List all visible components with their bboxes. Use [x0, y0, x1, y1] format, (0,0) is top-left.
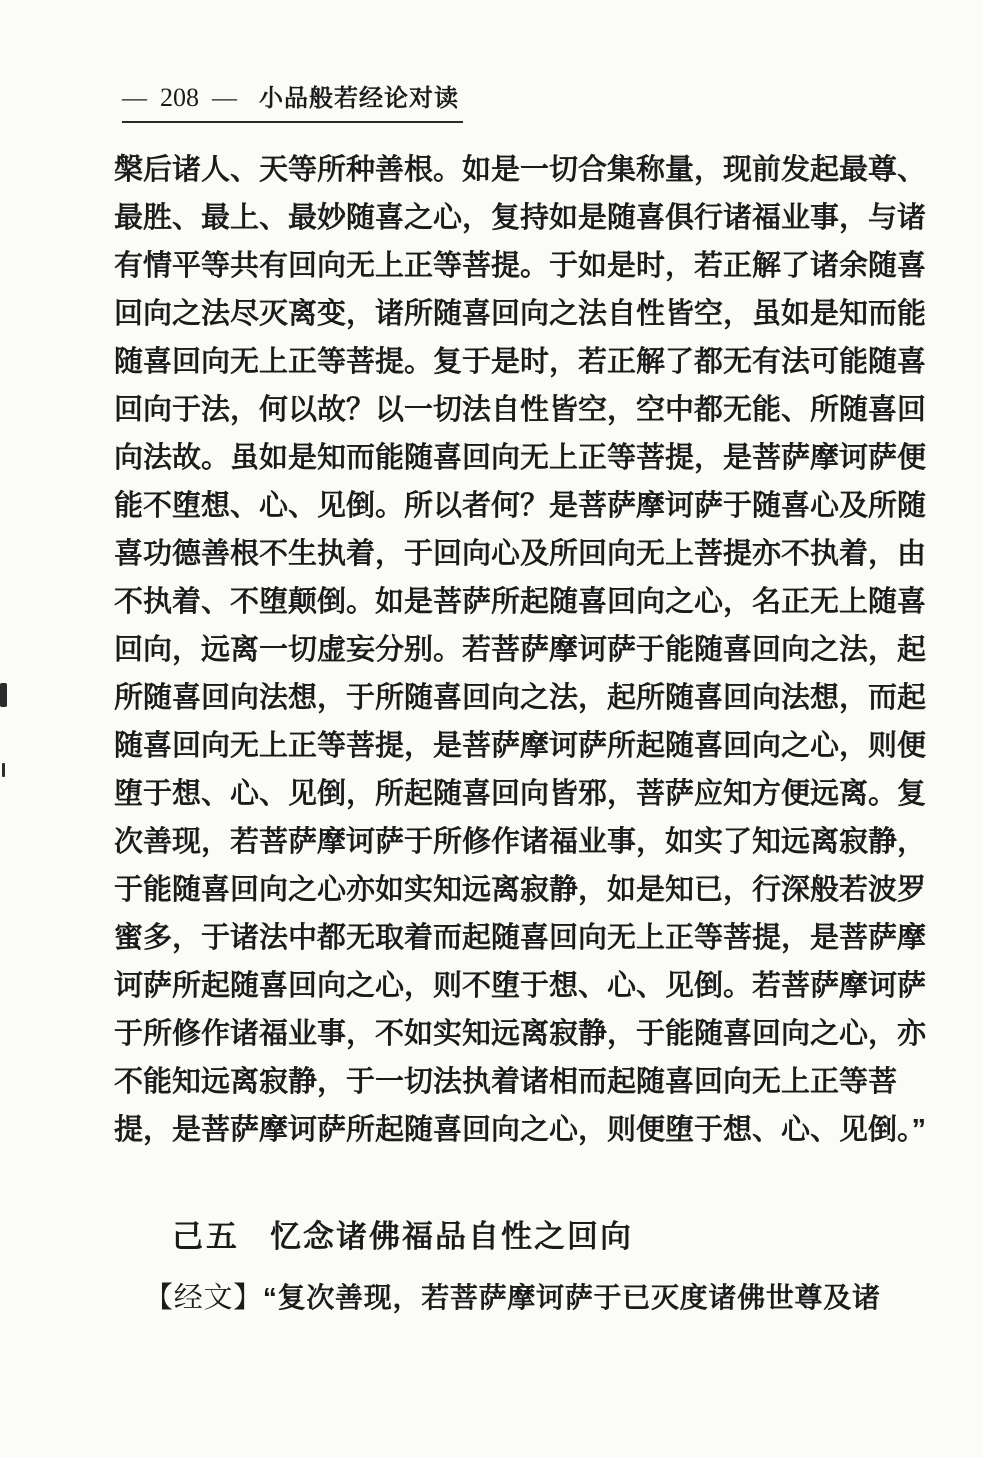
sutra-label: 【经文】	[144, 1282, 263, 1314]
body-line: 有情平等共有回向无上正等菩提。于如是时，若正解了诸余随喜	[114, 242, 882, 290]
page-number: 208	[160, 83, 199, 112]
body-line: 诃萨所起随喜回向之心，则不堕于想、心、见倒。若菩萨摩诃萨	[114, 962, 882, 1010]
book-title: 小品般若经论对读	[259, 86, 459, 112]
body-line: 于所修作诸福业事，不如实知远离寂静，于能随喜回向之心，亦	[114, 1010, 882, 1058]
body-line: 能不堕想、心、见倒。所以者何？是菩萨摩诃萨于随喜心及所随	[114, 482, 882, 530]
body-line: 提，是菩萨摩诃萨所起随喜回向之心，则便堕于想、心、见倒。”	[114, 1106, 882, 1154]
body-line: 所随喜回向法想，于所随喜回向之法，起所随喜回向法想，而起	[114, 674, 882, 722]
scan-artifact	[2, 763, 5, 777]
body-line: 随喜回向无上正等菩提，是菩萨摩诃萨所起随喜回向之心，则便	[114, 722, 882, 770]
body-line: 随喜回向无上正等菩提。复于是时，若正解了都无有法可能随喜	[114, 338, 882, 386]
body-line: 回向之法尽灭离变，诸所随喜回向之法自性皆空，虽如是知而能	[114, 290, 882, 338]
body-line: 向法故。虽如是知而能随喜回向无上正等菩提，是菩萨摩诃萨便	[114, 434, 882, 482]
body-line: 不执着、不堕颠倒。如是菩萨所起随喜回向之心，名正无上随喜	[114, 578, 882, 626]
section-heading: 己五忆念诸佛福品自性之回向	[172, 1216, 633, 1258]
scan-artifact	[0, 683, 7, 707]
body-line: 次善现，若菩萨摩诃萨于所修作诸福业事，如实了知远离寂静，	[114, 818, 882, 866]
body-line: 不能知远离寂静，于一切法执着诸相而起随喜回向无上正等菩	[114, 1058, 882, 1106]
section-number: 己五	[172, 1219, 240, 1254]
book-page: —208—小品般若经论对读 槃后诸人、天等所种善根。如是一切合集称量，现前发起最…	[0, 0, 982, 1458]
header-dash-right: —	[212, 85, 237, 112]
section-title: 忆念诸佛福品自性之回向	[270, 1219, 633, 1254]
sutra-text: “复次善现，若菩萨摩诃萨于已灭度诸佛世尊及诸	[263, 1282, 880, 1313]
body-line: 槃后诸人、天等所种善根。如是一切合集称量，现前发起最尊、	[114, 146, 882, 194]
body-line: 堕于想、心、见倒，所起随喜回向皆邪，菩萨应知方便远离。复	[114, 770, 882, 818]
body-line: 于能随喜回向之心亦如实知远离寂静，如是知已，行深般若波罗	[114, 866, 882, 914]
body-line: 回向于法，何以故？以一切法自性皆空，空中都无能、所随喜回	[114, 386, 882, 434]
body-line: 最胜、最上、最妙随喜之心，复持如是随喜俱行诸福业事，与诸	[114, 194, 882, 242]
header-dash-left: —	[122, 85, 147, 112]
body-line: 喜功德善根不生执着，于回向心及所回向无上菩提亦不执着，由	[114, 530, 882, 578]
body-line: 蜜多，于诸法中都无取着而起随喜回向无上正等菩提，是菩萨摩	[114, 914, 882, 962]
body-text-block: 槃后诸人、天等所种善根。如是一切合集称量，现前发起最尊、 最胜、最上、最妙随喜之…	[114, 146, 882, 1154]
running-header: —208—小品般若经论对读	[122, 84, 463, 123]
body-line: 回向，远离一切虚妄分别。若菩萨摩诃萨于能随喜回向之法，起	[114, 626, 882, 674]
sutra-quote-line: 【经文】“复次善现，若菩萨摩诃萨于已灭度诸佛世尊及诸	[144, 1276, 880, 1320]
